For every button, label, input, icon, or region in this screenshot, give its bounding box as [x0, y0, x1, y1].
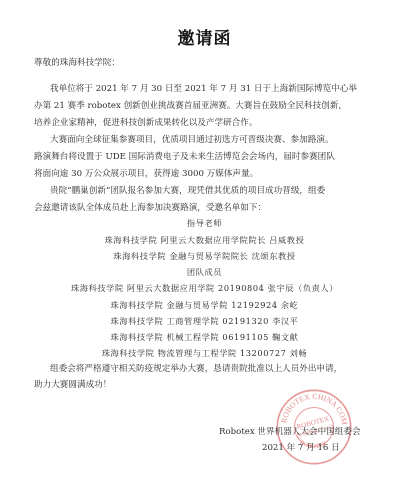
paragraph2-line1: 大赛面向全球征集参赛项目，优质项目通过初选方可晋级决赛、参加路演。 — [50, 133, 370, 148]
member-item: 珠海科技学院 机械工程学院 06191105 鞠文献 — [0, 330, 409, 345]
member-item: 珠海科技学院 阿里云大数据应用学院 20190804 张宇辰（负责人） — [0, 281, 409, 296]
paragraph1-line3: 培养企业家精神，促进科技创新成果转化以及产学研合作。 — [34, 116, 354, 131]
closing-line1: 组委会将严格遵守相关防疫规定举办大赛，恳请贵院批准以上人员外出申请， — [50, 362, 370, 377]
signature-organization: Robotex 世界机器人大会中国组委会 — [219, 425, 361, 437]
advisor-item: 珠海科技学院 金融与贸易学院院长 沈颂东教授 — [0, 249, 409, 264]
paragraph1-line2: 办第 21 赛季 robotex 创新创业挑战赛首届亚洲赛。大赛旨在鼓励全民科技… — [34, 99, 354, 114]
member-item: 珠海科技学院 金融与贸易学院 12192924 余屹 — [0, 298, 409, 313]
member-item: 珠海科技学院 物流管理与工程学院 13200727 刘畅 — [0, 346, 409, 361]
paragraph2-line3: 将面向逾 30 万公众展示项目，获得逾 3000 万媒体声量。 — [34, 167, 354, 182]
paragraph2-line2: 路演舞台将设置于 UDE 国际消费电子及未来生活博览会会场内，届时参赛团队 — [34, 150, 354, 165]
signature-date: 2021 年 7 月 16 日 — [262, 441, 340, 453]
member-item: 珠海科技学院 工商管理学院 02191320 李汉平 — [0, 314, 409, 329]
advisors-heading: 指导老师 — [0, 216, 409, 231]
salutation: 尊敬的珠海科技学院： — [34, 56, 354, 71]
document-title: 邀请函 — [0, 24, 409, 49]
advisor-item: 珠海科技学院 阿里云大数据应用学院院长 吕威教授 — [0, 233, 409, 248]
paragraph1-line1: 我单位将于 2021 年 7 月 30 日至 2021 年 7 月 31 日于上… — [50, 82, 370, 97]
paragraph3-line1: 贵院“鹏巢创新”团队报名参加大赛，现凭借其优质的项目成功晋级，组委 — [50, 184, 370, 199]
members-heading: 团队成员 — [0, 265, 409, 280]
invitation-letter-page: 邀请函 尊敬的珠海科技学院： 我单位将于 2021 年 7 月 30 日至 20… — [0, 0, 409, 479]
paragraph3-line2: 会兹邀请该队全体成员赴上海参加决赛路演，受邀名单如下： — [34, 201, 354, 216]
